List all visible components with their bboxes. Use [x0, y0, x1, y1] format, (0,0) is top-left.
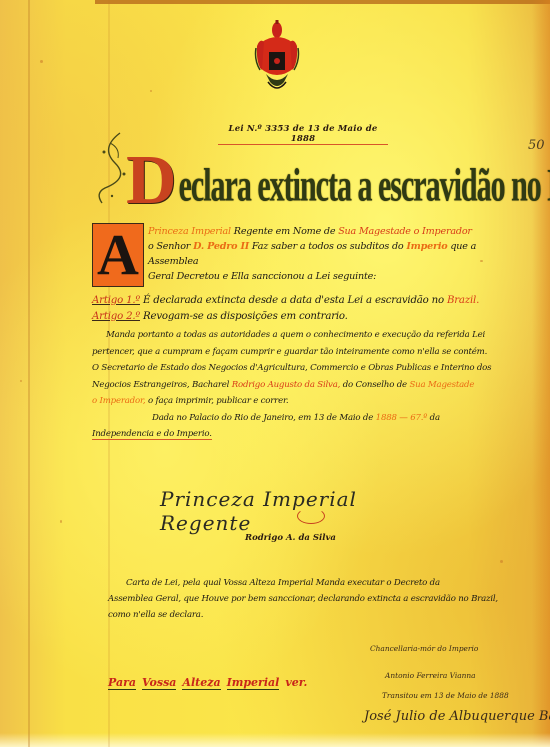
paper-stain [150, 90, 152, 92]
title-drop-letter: D [126, 152, 177, 210]
signature-seal-flourish [297, 508, 325, 524]
paper-stain [60, 520, 62, 523]
preamble-line-1: Princeza Imperial Regente em Nome de Sua… [148, 224, 498, 239]
paper-stain [20, 380, 22, 382]
imperial-coat-of-arms-icon [254, 20, 300, 102]
carta-de-lei: Carta de Lei, pela qual Vossa Alteza Imp… [108, 575, 508, 623]
page-top-edge [95, 0, 550, 4]
paper-stain [40, 60, 43, 63]
article-1: Artigo 1.º É declarada extincta desde a … [92, 293, 512, 309]
document-title: D eclara extincta a escravidão no Brazil [126, 140, 446, 210]
folio-number: 50 [528, 138, 545, 153]
registry-signature: José Julio de Albuquerque Barros [364, 709, 550, 724]
registry-line-3: Transitou em 13 de Maio de 1888 [382, 691, 509, 700]
title-text: eclara extincta a escravidão no Brazil [179, 164, 550, 211]
document-page: 50 Lei N.º 3353 de 13 de Maio de 1888 D … [0, 0, 550, 747]
registry-line-2: Antonio Ferreira Vianna [385, 671, 476, 680]
article-2: Artigo 2.º Revogam-se as disposições em … [92, 309, 512, 325]
signature-princess-regent: Princeza Imperial Regente [160, 487, 390, 527]
dating-line: Dada no Palacio do Rio de Janeiro, em 13… [92, 410, 517, 427]
articles: Artigo 1.º É declarada extincta desde a … [92, 293, 512, 325]
registry-line-1: Chancellaria-mór do Imperio [370, 644, 478, 653]
signature-countersign: Rodrigo A. da Silva [245, 533, 336, 543]
mandate: Manda portanto a todas as autoridades a … [92, 327, 517, 443]
preamble: Princeza Imperial Regente em Nome de Sua… [148, 224, 498, 284]
page-right-edge [532, 0, 550, 747]
paper-fold-line [28, 0, 30, 747]
preamble-line-3: Geral Decretou e Ella sanccionou a Lei s… [148, 269, 498, 284]
illuminated-initial: A [92, 223, 144, 287]
preamble-line-2: o Senhor D. Pedro II Faz saber a todos o… [148, 239, 498, 269]
closing-formula: ParaVossaAltezaImperialver. [108, 676, 313, 689]
page-bottom-edge [0, 733, 550, 747]
paper-stain [500, 560, 503, 563]
